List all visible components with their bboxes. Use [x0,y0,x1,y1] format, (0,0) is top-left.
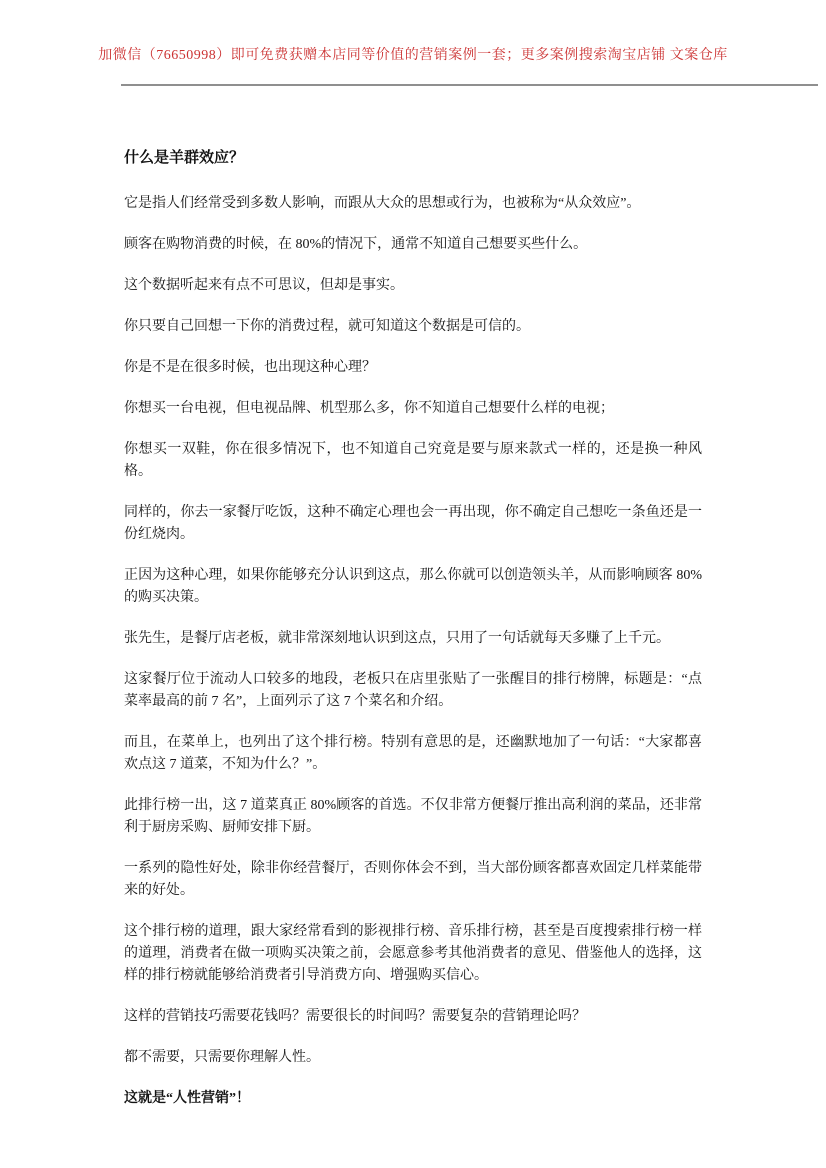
paragraph: 你是不是在很多时候，也出现这种心理？ [124,357,702,379]
paragraph: 你想买一双鞋，你在很多情况下，也不知道自己究竟是要与原来款式一样的，还是换一种风… [124,439,702,483]
paragraph: 此排行榜一出，这 7 道菜真正 80%顾客的首选。不仅非常方便餐厅推出高利润的菜… [124,795,702,839]
paragraph: 张先生，是餐厅店老板，就非常深刻地认识到这点，只用了一句话就每天多赚了上千元。 [124,628,702,650]
paragraph: 这家餐厅位于流动人口较多的地段，老板只在店里张贴了一张醒目的排行榜牌，标题是：“… [124,669,702,713]
paragraph: 这个数据听起来有点不可思议，但却是事实。 [124,275,702,297]
header-divider-rule [121,84,818,86]
paragraph: 顾客在购物消费的时候，在 80%的情况下，通常不知道自己想要买些什么。 [124,234,702,256]
paragraph: 它是指人们经常受到多数人影响，而跟从大众的思想或行为，也被称为“从众效应”。 [124,193,702,215]
promo-header-text: 加微信（76650998）即可免费获赠本店同等价值的营销案例一套；更多案例搜索淘… [0,47,826,65]
paragraph: 这个排行榜的道理，跟大家经常看到的影视排行榜、音乐排行榜，甚至是百度搜索排行榜一… [124,921,702,987]
paragraph: 你想买一台电视，但电视品牌、机型那么多，你不知道自己想要什么样的电视； [124,398,702,420]
closing-statement: 这就是“人性营销”！ [124,1088,702,1110]
paragraph: 而且，在菜单上，也列出了这个排行榜。特别有意思的是，还幽默地加了一句话：“大家都… [124,732,702,776]
article-body: 什么是羊群效应？ 它是指人们经常受到多数人影响，而跟从大众的思想或行为，也被称为… [124,148,702,1129]
article-title: 什么是羊群效应？ [124,148,702,168]
document-page: 加微信（76650998）即可免费获赠本店同等价值的营销案例一套；更多案例搜索淘… [0,0,826,1168]
paragraph: 这样的营销技巧需要花钱吗？需要很长的时间吗？需要复杂的营销理论吗？ [124,1006,702,1028]
paragraph: 你只要自己回想一下你的消费过程，就可知道这个数据是可信的。 [124,316,702,338]
paragraph: 同样的，你去一家餐厅吃饭，这种不确定心理也会一再出现，你不确定自己想吃一条鱼还是… [124,502,702,546]
paragraph: 正因为这种心理，如果你能够充分认识到这点，那么你就可以创造领头羊，从而影响顾客 … [124,565,702,609]
paragraph: 都不需要，只需要你理解人性。 [124,1047,702,1069]
paragraph: 一系列的隐性好处，除非你经营餐厅，否则你体会不到，当大部份顾客都喜欢固定几样菜能… [124,858,702,902]
